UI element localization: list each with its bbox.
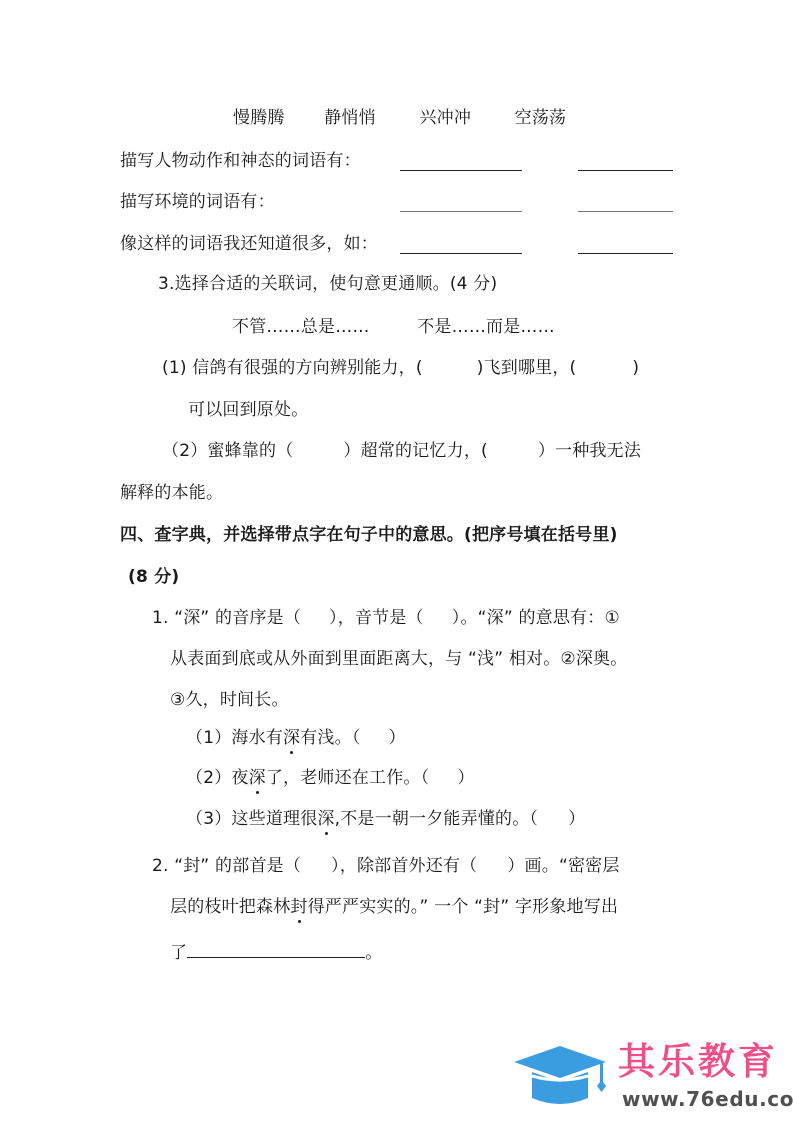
q1-sub-item-2: （2）夜深了，老师还在工作。（） [186, 767, 475, 789]
conjunction-option: 不是……而是…… [417, 317, 555, 337]
word-bank-item: 静悄悄 [324, 108, 376, 128]
section-4-score: (8 分) [128, 566, 179, 588]
q1-line-3: ③久，时间长。 [170, 689, 289, 711]
q1-line-1: 1. “深” 的音序是（），音节是（）。“深” 的意思有：① [152, 607, 620, 629]
section-4-heading: 四、查字典，并选择带点字在句子中的意思。(把序号填在括号里) [120, 524, 618, 546]
answer-blank[interactable] [400, 170, 522, 171]
dotted-char: 深 [283, 727, 300, 749]
dotted-char: 封 [290, 896, 307, 918]
graduation-cap-icon [510, 1040, 618, 1116]
answer-blank[interactable] [578, 253, 673, 254]
q3-item-2: （2）蜜蜂靠的（）超常的记忆力，(）一种我无法 [162, 440, 641, 462]
q3-item-1-continuation: 可以回到原处。 [188, 399, 308, 421]
word-bank-item: 慢腾腾 [233, 108, 285, 128]
dotted-char: 深 [317, 808, 334, 830]
brand-logo: 其乐教育 www.76edu.com [510, 1040, 790, 1116]
word-bank-item: 空荡荡 [515, 108, 567, 128]
q1-sub-item-1: （1）海水有深有浅。（） [186, 727, 406, 749]
answer-blank[interactable] [578, 211, 673, 212]
fill-row-label: 描写环境的词语有： [120, 191, 275, 213]
q3-item-2-continuation: 解释的本能。 [120, 482, 223, 504]
word-bank: 慢腾腾 静悄悄 兴冲冲 空荡荡 [233, 107, 566, 129]
conjunction-options: 不管……总是…… 不是……而是…… [232, 316, 555, 338]
q3-title: 3.选择合适的关联词，使句意更通顺。(4 分) [158, 273, 497, 295]
answer-blank[interactable] [400, 253, 522, 254]
fill-row-label: 描写人物动作和神态的词语有： [120, 150, 361, 172]
fill-row-label: 像这样的词语我还知道很多，如： [120, 233, 378, 255]
q2-line-2: 层的枝叶把森林封得严严实实的。” 一个 “封” 字形象地写出 [170, 896, 618, 918]
answer-blank[interactable] [187, 941, 365, 958]
word-bank-item: 兴冲冲 [419, 108, 471, 128]
q1-line-2: 从表面到底或从外面到里面距离大，与 “浅” 相对。②深奥。 [170, 648, 627, 670]
answer-blank[interactable] [400, 211, 522, 212]
brand-title: 其乐教育 [618, 1040, 778, 1084]
q2-line-3: 了。 [170, 941, 382, 964]
answer-blank[interactable] [578, 170, 673, 171]
q1-sub-item-3: （3）这些道理很深,不是一朝一夕能弄懂的。（） [186, 808, 585, 830]
brand-url: www.76edu.com [622, 1087, 793, 1111]
q3-item-1: (1) 信鸽有很强的方向辨别能力，()飞到哪里，() [162, 357, 639, 379]
q2-line-1: 2. “封” 的部首是（），除部首外还有（）画。“密密层 [152, 855, 620, 877]
conjunction-option: 不管……总是…… [232, 317, 370, 337]
dotted-char: 深 [249, 767, 266, 789]
